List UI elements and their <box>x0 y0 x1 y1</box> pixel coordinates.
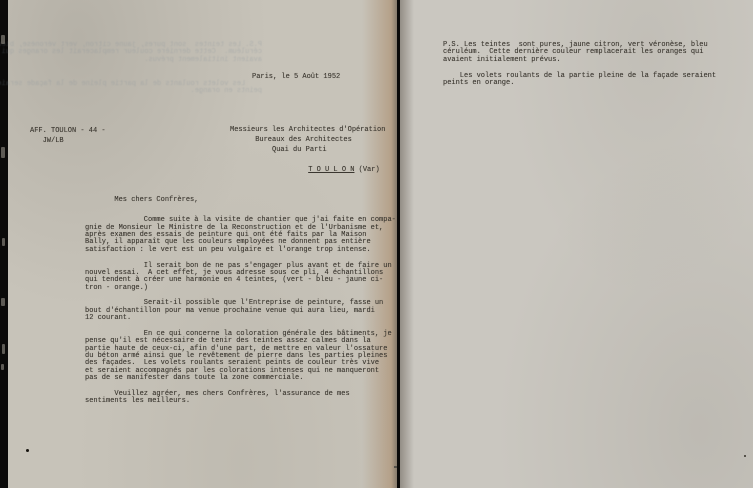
letter-body: Mes chers Confrères, Comme suite à la vi… <box>85 197 397 406</box>
text-line: bout d'échantillon pour ma venue prochai… <box>85 308 397 315</box>
scan-edge-mark <box>2 238 5 246</box>
paragraph: Comme suite à la visite de chantier que … <box>85 217 397 254</box>
paragraph: Veuillez agréer, mes chers Confrères, l'… <box>85 391 397 406</box>
text-line: avaient initialement prévus. <box>38 57 262 64</box>
paragraph: P.S. Les teintes sont pures, jaune citro… <box>443 42 733 64</box>
text-line: tron - orange.) <box>85 285 397 292</box>
text-line: pas de se manifester dans toute la zone … <box>85 375 397 382</box>
date-line: Paris, le 5 Août 1952 <box>252 74 340 81</box>
paragraph: Serait-il possible que l'Entreprise de p… <box>85 300 397 322</box>
paragraph: Mes chers Confrères, <box>85 197 397 204</box>
reference-number: AFF. TOULON - 44 - <box>30 126 106 136</box>
text-line: satisfaction : le vert est un peu vulgai… <box>85 247 397 254</box>
scan-edge-mark <box>1 147 5 158</box>
recipient-city: T O U L O N <box>308 166 354 174</box>
recipient-line: Messieurs les Architectes d'Opération <box>230 125 385 135</box>
letter-page-right: Mes chers Confrères, Comme suite à la vi… <box>400 0 753 488</box>
file-reference: AFF. TOULON - 44 - JW/LB <box>30 126 106 147</box>
recipient-city-line: T O U L O N (Var) <box>230 155 385 185</box>
scan-edge-mark <box>1 35 5 44</box>
postscript-block: P.S. Les teintes sont pures, jaune citro… <box>443 42 733 87</box>
text-line: peints en orange. <box>443 80 733 87</box>
recipient-department: (Var) <box>354 166 379 174</box>
reference-initials: JW/LB <box>30 136 106 146</box>
recipient-address: Messieurs les Architectes d'Opération Bu… <box>230 125 385 186</box>
paragraph: Les volets roulants de la partie pleine … <box>38 81 262 96</box>
paragraph: En ce qui concerne la coloration général… <box>85 331 397 382</box>
paragraph: P.S. Les teintes sont pures, jaune citro… <box>38 42 262 64</box>
scan-edge-mark <box>2 344 5 354</box>
recipient-line: Quai du Parti <box>230 145 385 155</box>
paragraph: Les volets roulants de la partie pleine … <box>443 73 733 88</box>
text-line: avaient initialement prévus. <box>443 57 733 64</box>
scan-edge-mark <box>1 364 4 370</box>
showthrough-text-left: P.S. Les teintes sont pures, jaune citro… <box>38 42 262 113</box>
scan-edge-mark <box>1 298 5 306</box>
text-line: 12 courant. <box>85 315 397 322</box>
text-line: sentiments les meilleurs. <box>85 398 397 405</box>
letter-page-left: P.S. Les teintes sont pures, jaune citro… <box>8 0 397 488</box>
text-line: peints en orange. <box>38 88 262 95</box>
recipient-line: Bureaux des Architectes <box>230 135 385 145</box>
scan-speck <box>744 455 746 457</box>
scanned-letter-photo: { "colors": { "background": "#0b0a09", "… <box>0 0 753 488</box>
paragraph: Il serait bon de ne pas s'engager plus a… <box>85 263 397 292</box>
scan-speck <box>394 466 397 468</box>
text-line: Mes chers Confrères, <box>85 197 397 204</box>
ink-dot <box>26 449 29 452</box>
